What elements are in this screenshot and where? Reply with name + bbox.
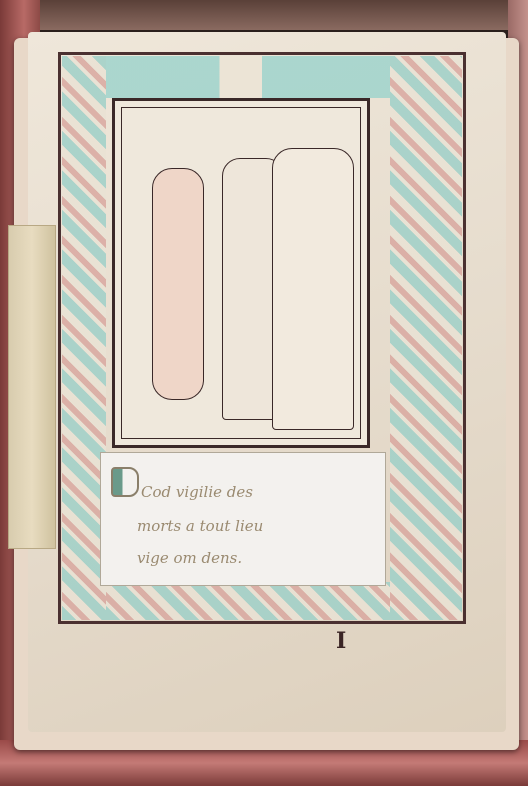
signature-mark: I bbox=[336, 628, 346, 654]
floral-border-right bbox=[390, 56, 462, 620]
decorated-initial bbox=[111, 467, 139, 497]
floral-border-top bbox=[106, 56, 390, 98]
background-top bbox=[0, 0, 528, 30]
caption-line-1: Cod vigilie des bbox=[141, 483, 253, 501]
page-tab bbox=[8, 225, 56, 549]
death-figure bbox=[152, 168, 204, 400]
caption-line-2: morts a tout lieu bbox=[137, 517, 263, 535]
handwritten-caption: Cod vigilie des morts a tout lieu vige o… bbox=[100, 452, 386, 586]
woodcut-inner-frame bbox=[121, 107, 361, 439]
caption-line-3: vige om dens. bbox=[137, 549, 242, 567]
floral-border-bottom bbox=[106, 582, 390, 620]
pope-figure bbox=[272, 148, 354, 430]
woodcut-illustration bbox=[112, 98, 370, 448]
